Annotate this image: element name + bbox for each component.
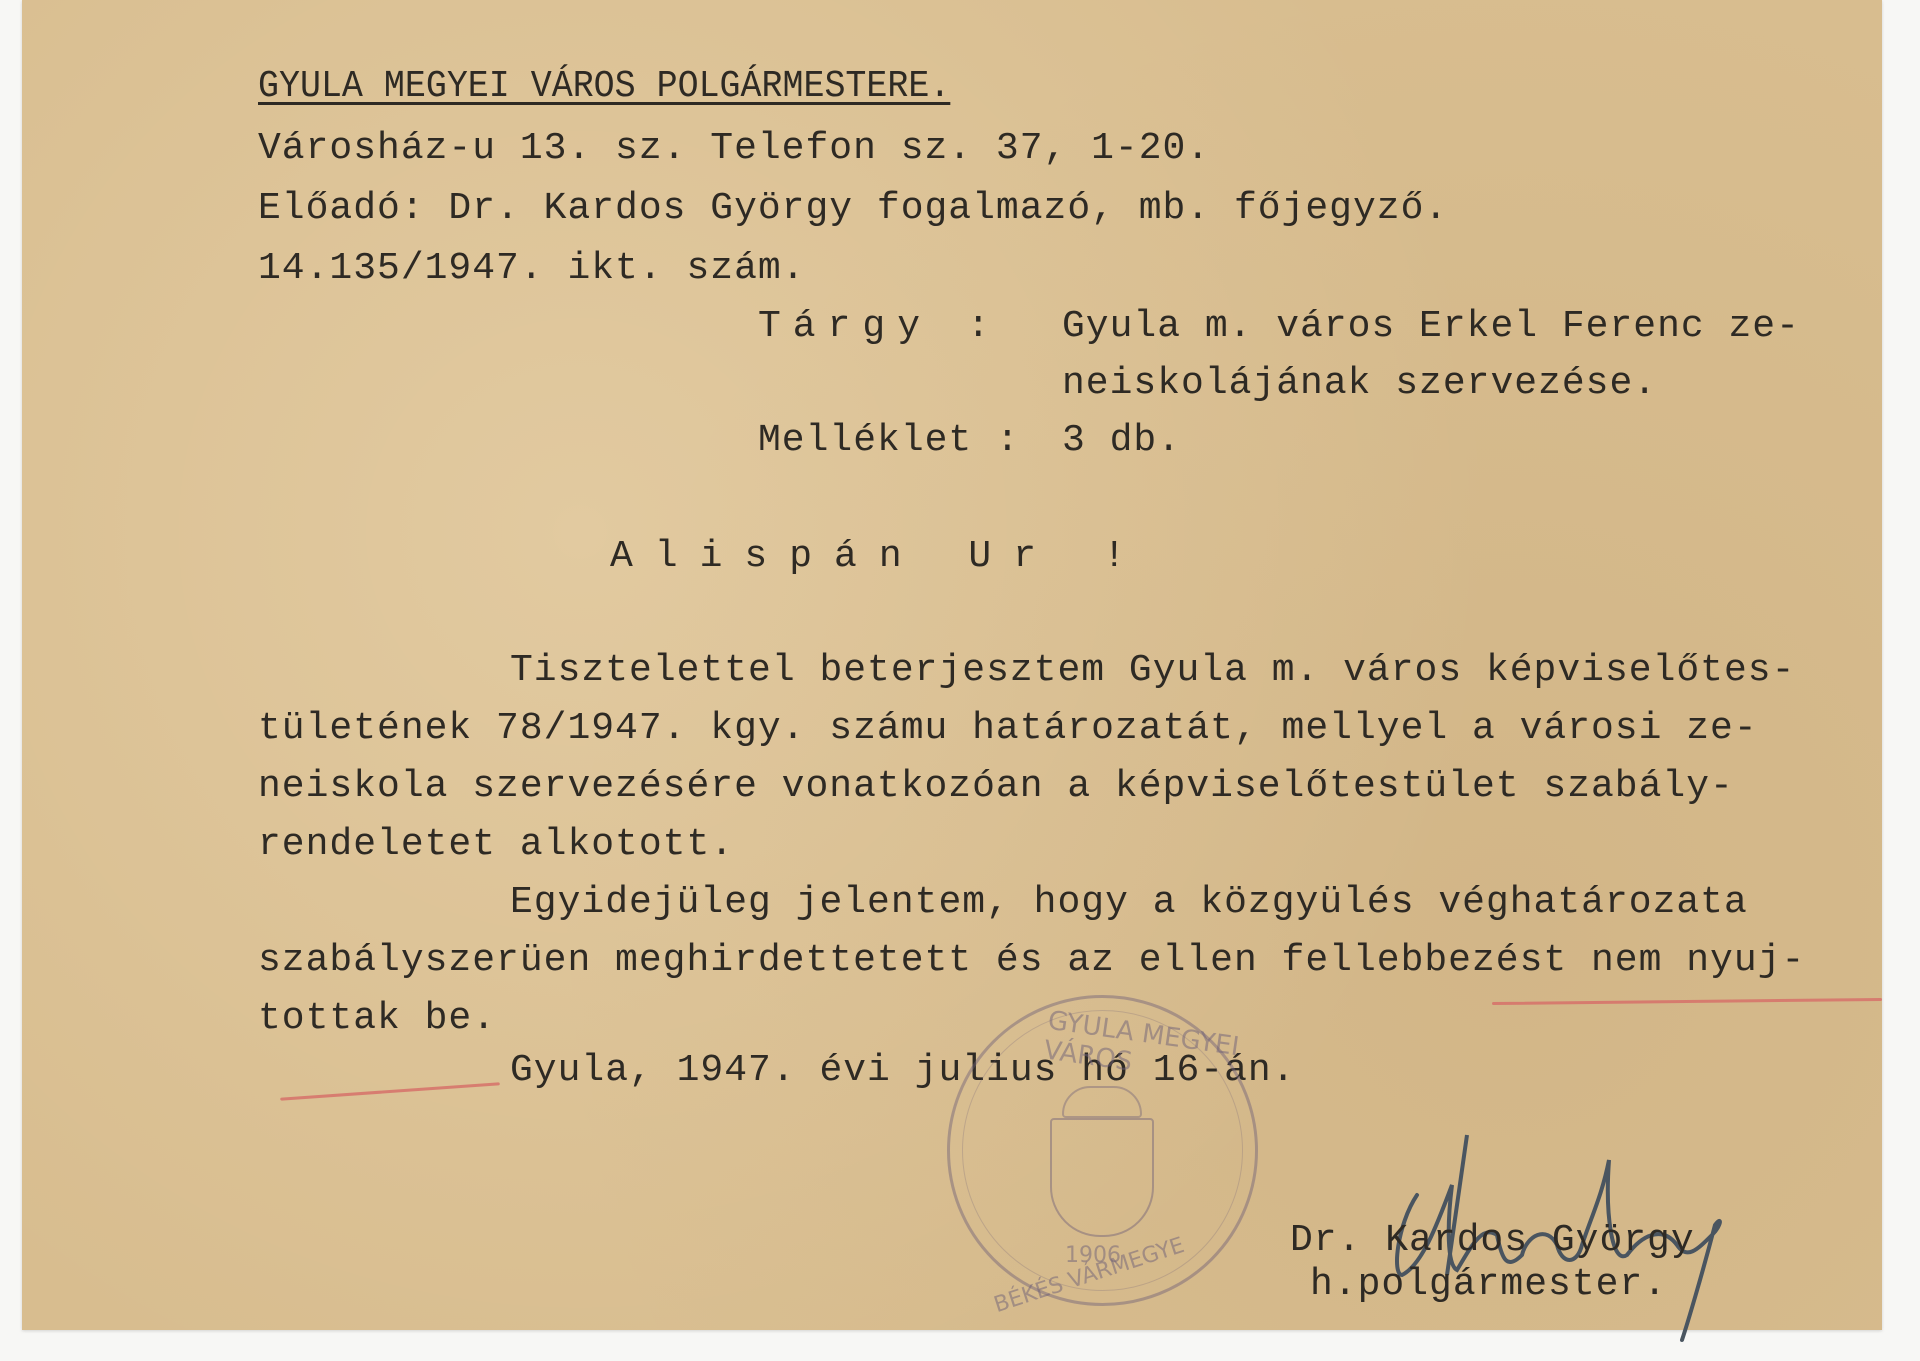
- red-pencil-mark: [1492, 998, 1882, 1005]
- crown-icon: [1062, 1086, 1142, 1118]
- salutation: Alispán Ur !: [610, 538, 1148, 576]
- subject-label: Tárgy :: [758, 308, 1002, 346]
- body-line: Tisztelettel beterjesztem Gyula m. város…: [510, 652, 1795, 690]
- body-line: Egyidejüleg jelentem, hogy a közgyülés v…: [510, 884, 1748, 922]
- letterhead-address: Városház-u 13. sz. Telefon sz. 37, 1-20.: [258, 130, 1210, 168]
- body-line: neiskola szervezésére vonatkozóan a képv…: [258, 768, 1734, 806]
- official-stamp: GYULA MEGYEI VÁROS 1906 BÉKÉS VÁRMEGYE: [947, 995, 1258, 1306]
- body-line: tottak be.: [258, 1000, 496, 1038]
- coat-of-arms-icon: [1050, 1118, 1154, 1237]
- subject-line-2: neiskolájának szervezése.: [1062, 365, 1657, 403]
- attachment-value: 3 db.: [1062, 422, 1181, 460]
- file-number: 14.135/1947. ikt. szám.: [258, 250, 806, 288]
- body-line: szabályszerüen meghirdettetett és az ell…: [258, 942, 1805, 980]
- attachment-label: Melléklet :: [758, 422, 1020, 460]
- red-pencil-mark: [280, 1082, 500, 1100]
- document-page: GYULA MEGYEI VÁROS POLGÁRMESTERE. Városh…: [22, 0, 1882, 1330]
- signatory-name: Dr. Kardos György: [1290, 1222, 1695, 1260]
- signatory-title: h.polgármester.: [1310, 1266, 1667, 1304]
- body-line: tületének 78/1947. kgy. számu határozatá…: [258, 710, 1758, 748]
- body-line: rendeletet alkotott.: [258, 826, 734, 864]
- letterhead-title: GYULA MEGYEI VÁROS POLGÁRMESTERE.: [258, 68, 950, 106]
- subject-line-1: Gyula m. város Erkel Ferenc ze-: [1062, 308, 1800, 346]
- letterhead-rapporteur: Előadó: Dr. Kardos György fogalmazó, mb.…: [258, 190, 1448, 228]
